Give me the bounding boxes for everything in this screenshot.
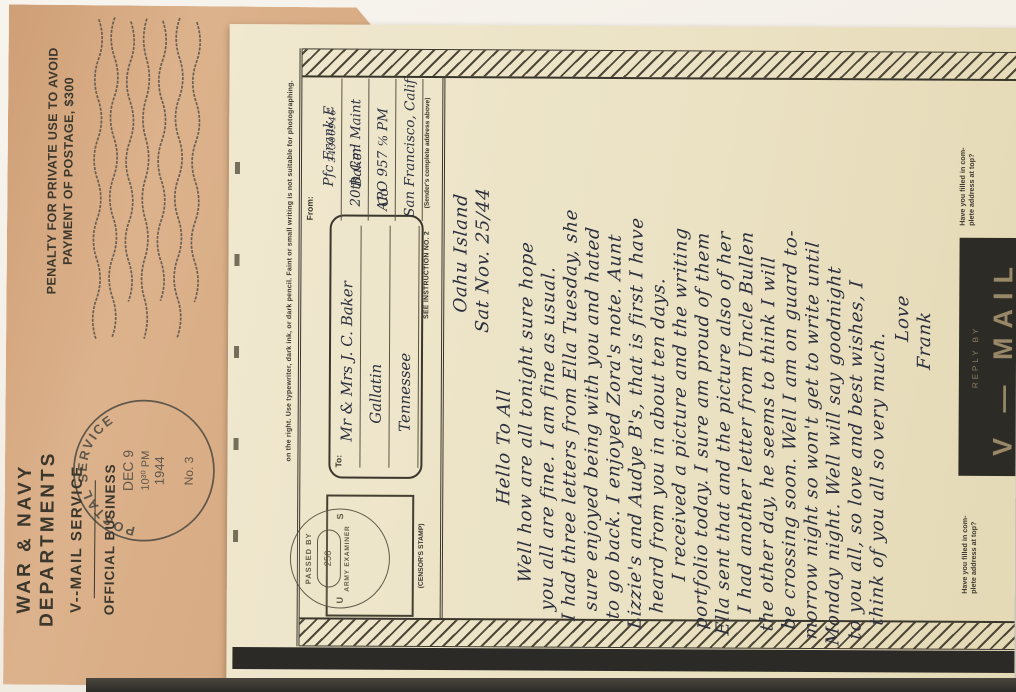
- letter-line: Lizzie's and Audye B's, that is first I …: [625, 96, 650, 630]
- examiner-number: 256: [317, 529, 341, 587]
- to-city: Gallatin: [360, 226, 390, 468]
- form-bottom-band: Have you filled in com- plete address at…: [956, 80, 1016, 623]
- letter-signature: Frank: [914, 123, 937, 371]
- vmail-logo-block: REPLY BY V — MAIL: [958, 238, 1016, 477]
- penalty-notice: PENALTY FOR PRIVATE USE TO AVOID PAYMENT…: [43, 21, 80, 321]
- letter-line: I had another letter from Uncle Bullen: [735, 106, 760, 614]
- penalty-line-1: PENALTY FOR PRIVATE USE TO AVOID: [43, 21, 62, 321]
- letter-line: morrow night so won't get to write until: [801, 112, 826, 640]
- letter-date: Sat Nov. 25/44: [472, 82, 495, 334]
- reply-by-text: REPLY BY: [971, 326, 980, 388]
- vmail-letter-photo: on the right. Use typewriter, dark ink, …: [226, 24, 1016, 686]
- see-instruction-note: SEE INSTRUCTION NO. 2: [423, 231, 430, 319]
- postmark-time: 10³⁰ PM: [140, 451, 152, 491]
- letter-line: be crossing soon. Well I am on guard to-: [779, 110, 804, 630]
- to-column: To: Mr & Mrs J. C. Baker Gallatin Tennes…: [300, 228, 441, 479]
- penalty-line-2: PAYMENT OF POSTAGE, $300: [59, 21, 78, 321]
- censor-caption: (CENSOR'S STAMP): [418, 493, 426, 619]
- from-column: From: Pfc Frank E Baker 34306946 20th Cm…: [302, 76, 443, 229]
- instruction-strip: on the right. Use typewriter, dark ink, …: [285, 80, 295, 616]
- official-business-line: OFFICIAL BUSINESS: [101, 389, 119, 689]
- letter-closing: Love: [892, 121, 915, 343]
- address-check-line2: plete address at top?: [967, 96, 977, 226]
- postmark-station: No. 3: [182, 456, 196, 485]
- postmark-year: 1944: [152, 456, 167, 485]
- form-border-box: PASSED BY 256 ARMY EXAMINER U S (CENSOR'…: [296, 48, 1016, 650]
- department-return-address: WAR & NAVY DEPARTMENTS V--MAIL SERVICE O…: [12, 388, 135, 689]
- letter-line: heard from you in about ten days.: [647, 98, 672, 614]
- letter-body: Oahu Island Sat Nov. 25/44 Hello To All …: [443, 77, 938, 665]
- address-check-left: Have you filled in com- plete address at…: [960, 464, 979, 594]
- stamp-letter-s: S: [335, 514, 345, 520]
- to-label: To:: [333, 455, 343, 468]
- stamp-letter-u: U: [335, 597, 345, 604]
- scanned-vmail-letter-and-envelope: PENALTY FOR PRIVATE USE TO AVOID PAYMENT…: [0, 0, 1016, 692]
- form-header: PASSED BY 256 ARMY EXAMINER U S (CENSOR'…: [300, 76, 446, 619]
- letter-line: I had three letters from Ella Tuesday, s…: [559, 90, 584, 622]
- letter-line: I received a picture and the writing: [669, 100, 694, 582]
- army-examiner-text: ARMY EXAMINER: [344, 510, 352, 608]
- letter-line: Monday night. Well will say goodnight: [822, 114, 847, 646]
- from-name: Pfc Frank E Baker 34306946: [315, 78, 343, 220]
- letter-place: Oahu Island: [450, 80, 473, 314]
- scan-shadow: [86, 678, 1016, 692]
- from-unit: 20th Cml Maint Co: [342, 79, 370, 221]
- censor-column: PASSED BY 256 ARMY EXAMINER U S (CENSOR'…: [300, 478, 441, 619]
- vmail-logo-text: V — MAIL: [987, 258, 1016, 456]
- cancellation-lines: [88, 15, 207, 346]
- divider-rule: [94, 480, 96, 598]
- letter-line: you all are fine. I am fine as usual.: [537, 88, 562, 612]
- address-check-right: Have you filled in com- plete address at…: [958, 96, 977, 226]
- department-line-1: WAR & NAVY: [12, 388, 38, 688]
- censor-stamp-circle: PASSED BY 256 ARMY EXAMINER U S: [290, 508, 391, 609]
- to-state: Tennessee: [389, 226, 419, 468]
- letter-line: the other day, he seems to think I will: [757, 108, 782, 632]
- letter-line: sure enjoyed being with you and hated: [581, 92, 606, 612]
- photo-edge-band: [232, 647, 1016, 673]
- vmail-service-line: V--MAIL SERVICE: [67, 389, 87, 689]
- letter-salutation: Hello To All: [493, 84, 517, 506]
- to-name: Mr & Mrs J. C. Baker: [331, 225, 361, 467]
- vmail-form: on the right. Use typewriter, dark ink, …: [284, 46, 1016, 650]
- letter-line: Well how are all tonight sure hope: [515, 86, 540, 584]
- to-address-panel: To: Mr & Mrs J. C. Baker Gallatin Tennes…: [328, 214, 423, 478]
- from-label: From:: [305, 196, 315, 220]
- address-check-line2: plete address at top?: [969, 464, 979, 594]
- letter-line: portfolio today. I sure am proud of them: [691, 102, 716, 630]
- letter-line: think of you all so very much.: [867, 118, 892, 626]
- department-line-2: DEPARTMENTS: [35, 389, 61, 689]
- letter-line: to you all, so love and best wishes, I: [845, 116, 870, 640]
- from-apo: APO 957 ℅ PM: [369, 79, 397, 221]
- letter-line: Ella sent that and the picture also of h…: [713, 104, 738, 636]
- photo-edge-marks: [233, 82, 241, 602]
- sender-note: (Sender's complete address above): [424, 77, 432, 229]
- letter-line: to go back. I enjoyed Zora's note. Aunt: [603, 94, 628, 620]
- from-city: San Francisco, Calif: [396, 79, 424, 221]
- passed-by-text: PASSED BY: [304, 509, 314, 607]
